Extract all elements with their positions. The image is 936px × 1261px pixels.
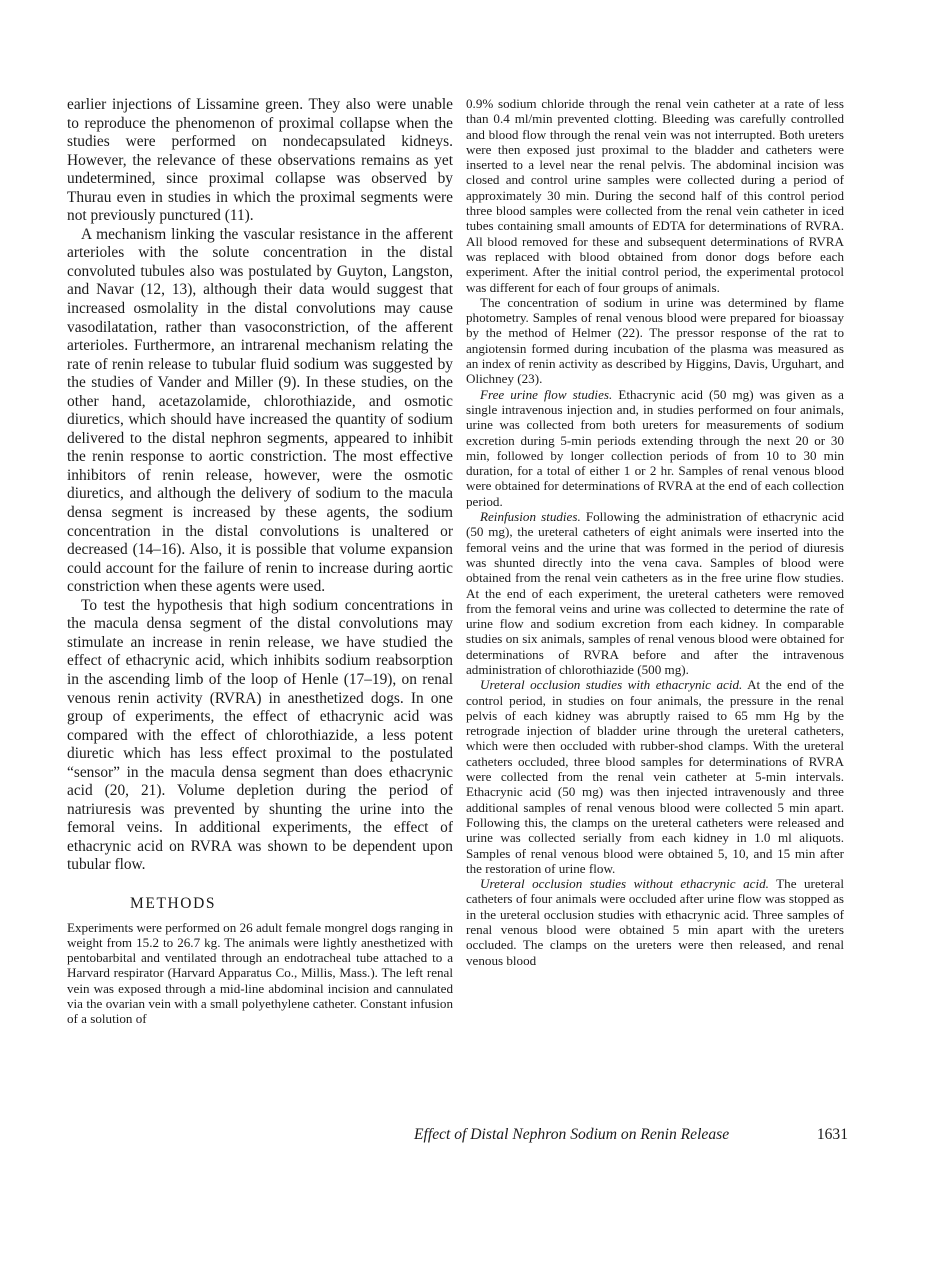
paragraph-reinfusion: Reinfusion studies. Following the admini… xyxy=(466,509,844,677)
paragraph-text: At the end of the control period, in stu… xyxy=(466,677,844,876)
paragraph-mechanism: A mechanism linking the vascular resista… xyxy=(67,226,453,597)
right-column: 0.9% sodium chloride through the renal v… xyxy=(466,96,844,968)
run-in-heading: Ureteral occlusion studies without ethac… xyxy=(480,876,769,891)
paragraph-text: Ethacrynic acid (50 mg) was given as a s… xyxy=(466,387,844,509)
page-number: 1631 xyxy=(817,1126,848,1144)
paragraph-sodium-assay: The concentration of sodium in urine was… xyxy=(466,295,844,387)
paragraph-text: Following the administration of ethacryn… xyxy=(466,509,844,677)
paragraph-occlusion-with-ea: Ureteral occlusion studies with ethacryn… xyxy=(466,677,844,876)
paragraph-text: 0.9% sodium chloride through the renal v… xyxy=(466,96,844,295)
paragraph-methods: Experiments were performed on 26 adult f… xyxy=(67,920,453,1027)
paragraph-infusion: 0.9% sodium chloride through the renal v… xyxy=(466,96,844,295)
paragraph-occlusion-without-ea: Ureteral occlusion studies without ethac… xyxy=(466,876,844,968)
running-title: Effect of Distal Nephron Sodium on Renin… xyxy=(414,1126,729,1144)
paragraph-intro-continuation: earlier injections of Lissamine green. T… xyxy=(67,96,453,226)
run-in-heading: Ureteral occlusion studies with ethacryn… xyxy=(480,677,742,692)
left-column: earlier injections of Lissamine green. T… xyxy=(67,96,453,1027)
paragraph-hypothesis: To test the hypothesis that high sodium … xyxy=(67,597,453,875)
run-in-heading: Reinfusion studies. xyxy=(480,509,581,524)
section-heading-methods: METHODS xyxy=(130,895,453,914)
paragraph-text: The concentration of sodium in urine was… xyxy=(466,295,844,386)
paragraph-free-urine-flow: Free urine flow studies. Ethacrynic acid… xyxy=(466,387,844,509)
run-in-heading: Free urine flow studies. xyxy=(480,387,612,402)
